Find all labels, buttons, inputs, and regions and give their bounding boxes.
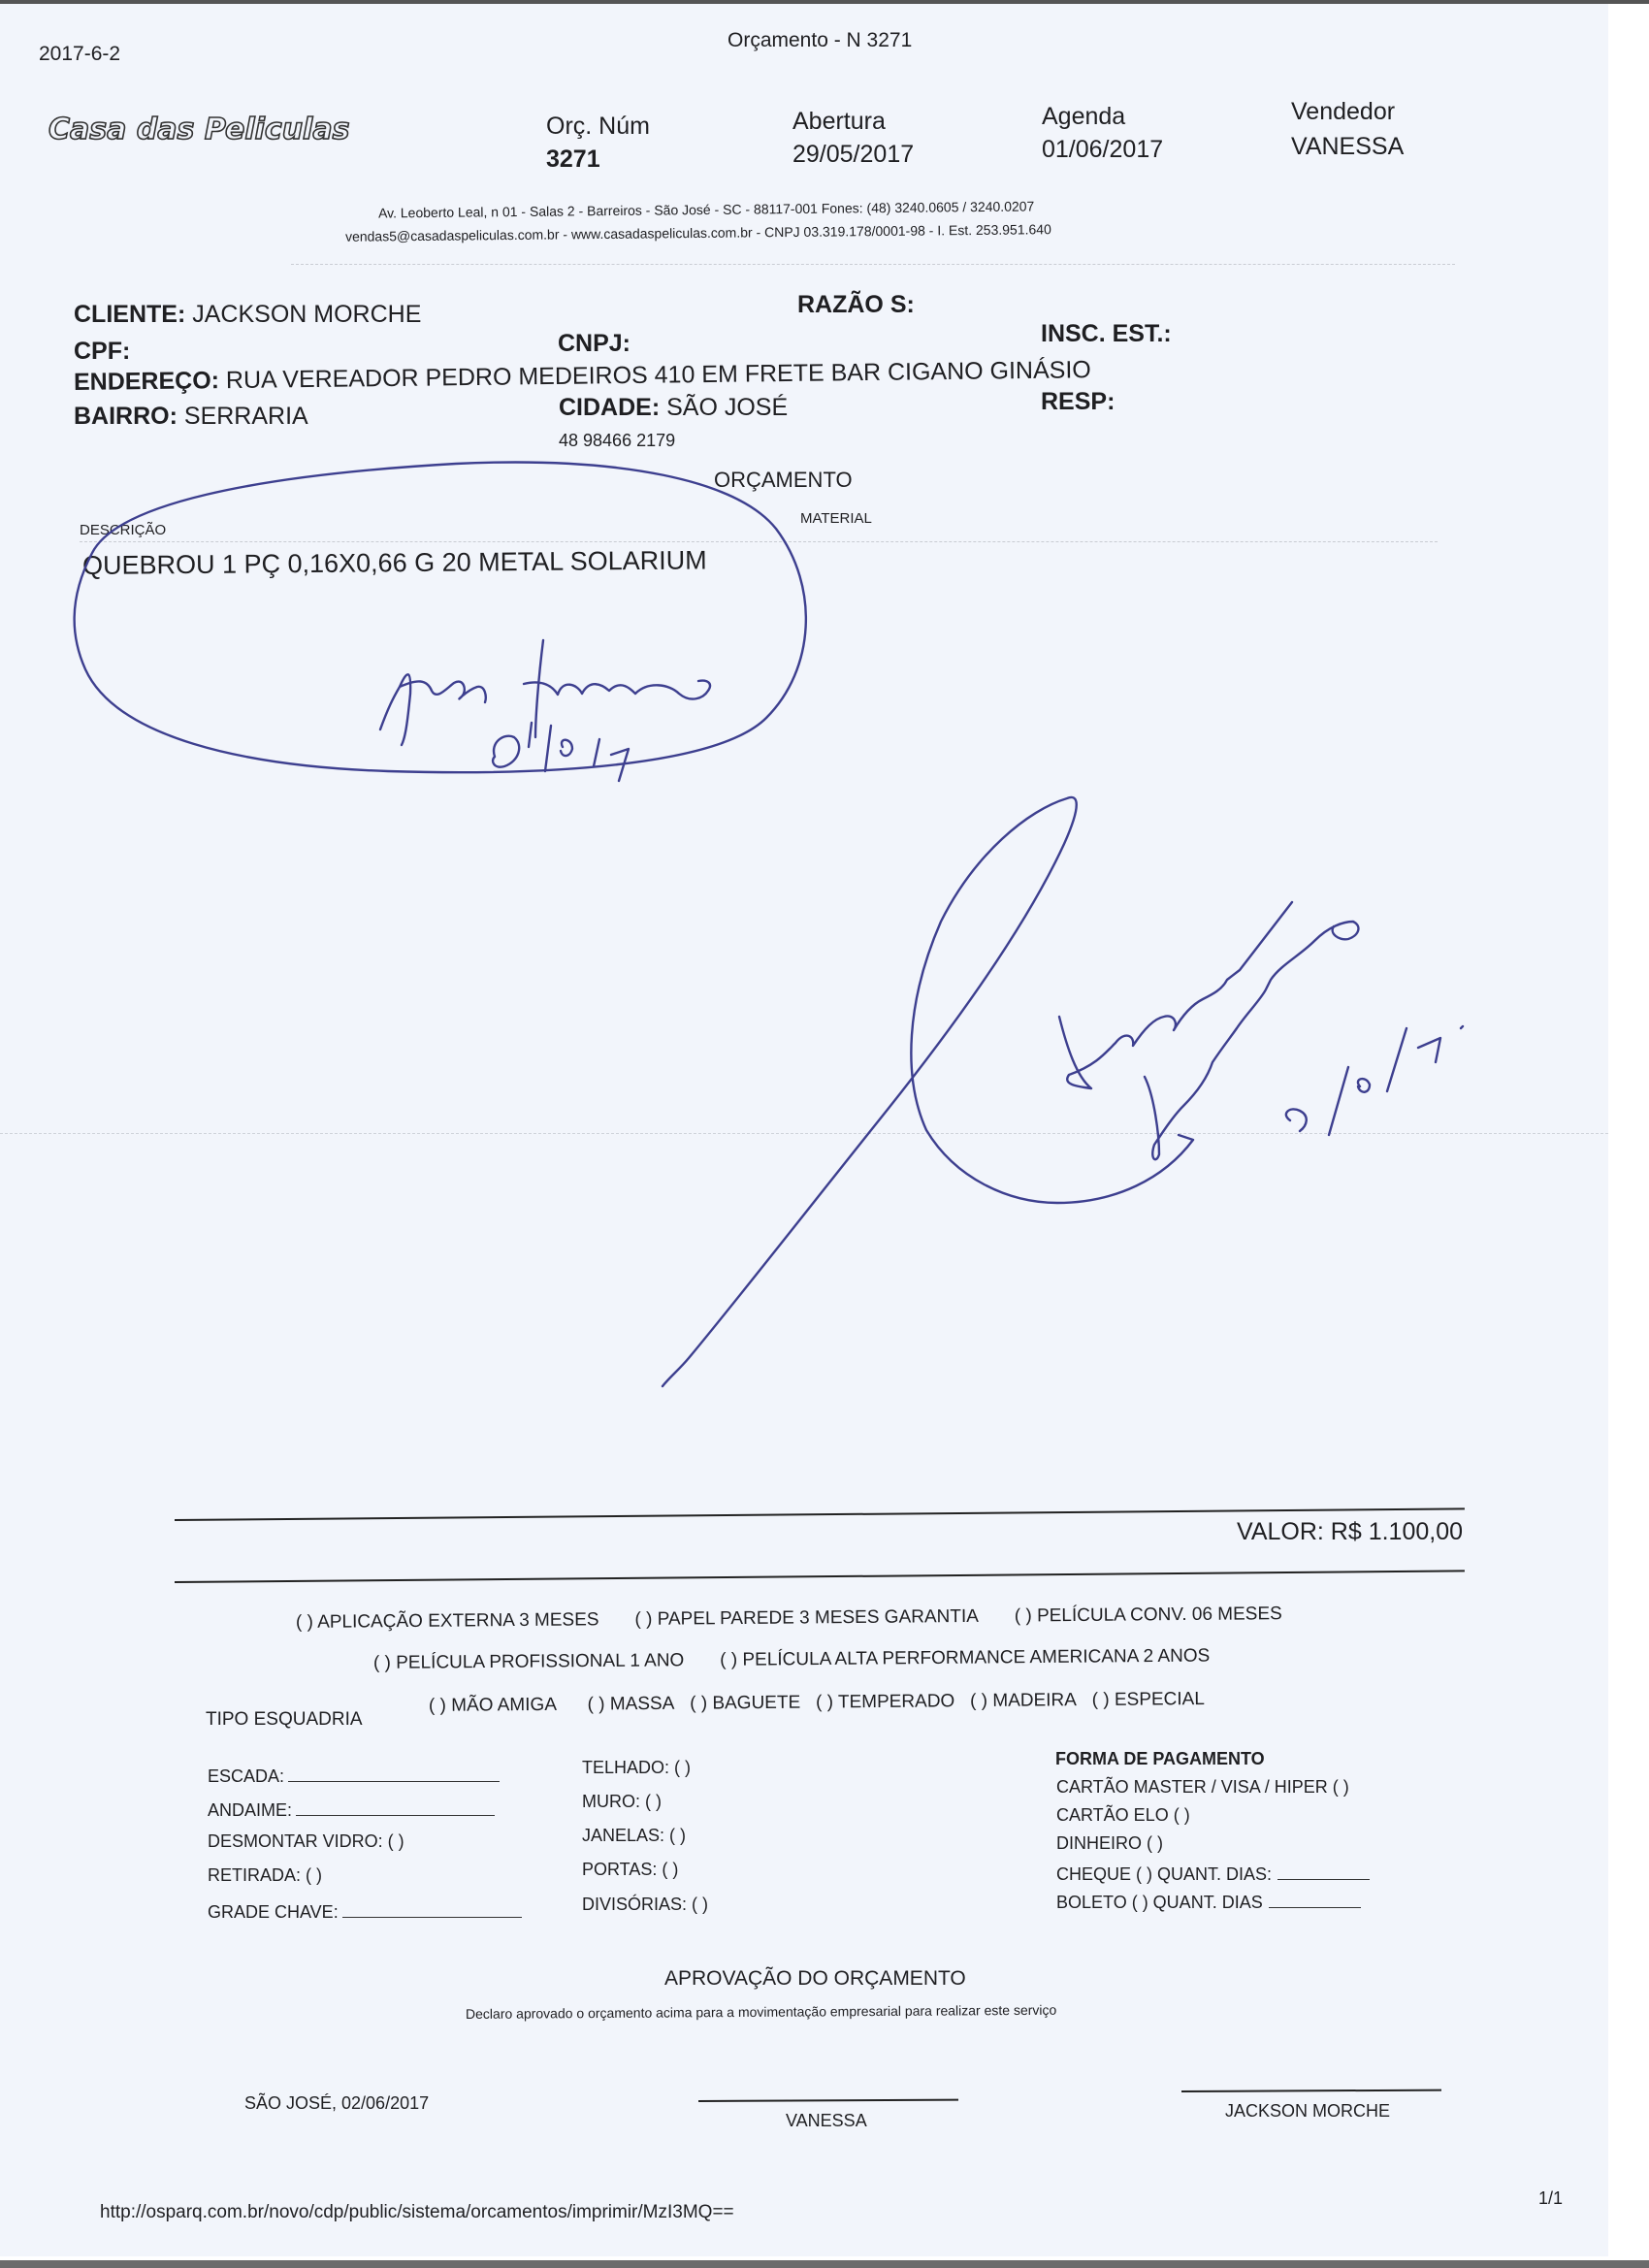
orc-num-value: 3271 [546,146,600,174]
agenda-value: 01/06/2017 [1042,136,1163,164]
quant-dias-field[interactable] [1269,1890,1361,1908]
cidade-value: SÃO JOSÉ [666,394,788,421]
insc-est-label: INSC. EST.: [1041,320,1172,348]
service-papel-parede[interactable]: ( ) PAPEL PAREDE 3 MESES GARANTIA [634,1606,979,1630]
service-pelicula-profissional[interactable]: ( ) PELÍCULA PROFISSIONAL 1 ANO [373,1650,684,1673]
extra-mid-item[interactable]: TELHADO: ( ) [582,1758,691,1778]
approval-place-date: SÃO JOSÉ, 02/06/2017 [244,2093,429,2114]
vendedor-label: Vendedor [1291,98,1395,126]
extra-left-item: ESCADA: [208,1764,500,1787]
extra-left-item: GRADE CHAVE: [208,1899,522,1923]
material-header: MATERIAL [800,510,872,527]
service-pelicula-alta-performance[interactable]: ( ) PELÍCULA ALTA PERFORMANCE AMERICANA … [720,1645,1210,1669]
payment-option[interactable]: CARTÃO MASTER / VISA / HIPER ( ) [1056,1777,1349,1798]
document-title: Orçamento - N 3271 [727,29,912,52]
orc-num-label: Orç. Núm [546,113,650,141]
bairro-value: SERRARIA [184,403,308,430]
payment-title: FORMA DE PAGAMENTO [1055,1749,1265,1769]
budget-table-divider [80,541,1438,542]
cliente-value: JACKSON MORCHE [192,301,421,328]
extra-mid-item[interactable]: PORTAS: ( ) [582,1860,678,1880]
extra-mid-item[interactable]: MURO: ( ) [582,1792,662,1812]
esquadria-madeira[interactable]: ( ) MADEIRA [970,1690,1077,1711]
extra-left-label: DESMONTAR VIDRO: ( ) [208,1831,404,1851]
extra-blank-field[interactable] [296,1798,495,1816]
payment-option-label: CARTÃO MASTER / VISA / HIPER ( ) [1056,1777,1349,1797]
extra-blank-field[interactable] [288,1764,500,1782]
payment-option[interactable]: DINHEIRO ( ) [1056,1833,1163,1854]
descricao-header: DESCRIÇÃO [80,522,166,538]
bairro-field: BAIRRO: SERRARIA [74,403,308,431]
cidade-label: CIDADE: [559,394,660,421]
valor-field: VALOR: R$ 1.100,00 [1237,1518,1463,1546]
payment-option-label: CARTÃO ELO ( ) [1056,1805,1190,1825]
esquadria-mao-amiga[interactable]: ( ) MÃO AMIGA [429,1695,557,1716]
cidade-field: CIDADE: SÃO JOSÉ [559,394,788,422]
vendedor-value: VANESSA [1291,133,1404,161]
cpf-label: CPF: [74,338,130,366]
print-date: 2017-6-2 [39,43,120,66]
esquadria-massa[interactable]: ( ) MASSA [588,1694,675,1715]
valor-label: VALOR: R$ [1237,1518,1362,1545]
bairro-label: BAIRRO: [74,403,178,430]
extra-left-label: ESCADA: [208,1766,284,1786]
extra-left-item: ANDAIME: [208,1798,495,1821]
esquadria-especial[interactable]: ( ) ESPECIAL [1092,1689,1205,1710]
razao-label: RAZÃO S: [797,291,915,319]
endereco-label: ENDEREÇO: [74,367,219,396]
payment-option-label: DINHEIRO ( ) [1056,1833,1163,1853]
resp-label: RESP: [1041,388,1115,416]
footer-page-number: 1/1 [1538,2188,1563,2209]
valor-amount: 1.100,00 [1369,1518,1463,1545]
company-logo: Casa das Peliculas [48,113,349,146]
scan-bottom-edge [0,2260,1649,2268]
header-divider [291,264,1455,265]
extra-mid-item[interactable]: JANELAS: ( ) [582,1826,686,1846]
approval-title: APROVAÇÃO DO ORÇAMENTO [664,1967,966,1991]
quant-dias-field[interactable] [1277,1862,1370,1880]
abertura-value: 29/05/2017 [792,141,914,169]
payment-option-label: CHEQUE ( ) QUANT. DIAS: [1056,1864,1272,1884]
extra-blank-field[interactable] [342,1899,522,1918]
payment-option-label: BOLETO ( ) QUANT. DIAS [1056,1893,1263,1912]
extra-left-item[interactable]: RETIRADA: ( ) [208,1865,322,1886]
esquadria-label: TIPO ESQUADRIA [206,1709,363,1731]
payment-option[interactable]: BOLETO ( ) QUANT. DIAS [1056,1890,1361,1913]
service-pelicula-conv[interactable]: ( ) PELÍCULA CONV. 06 MESES [1015,1604,1282,1626]
extra-left-item[interactable]: DESMONTAR VIDRO: ( ) [208,1831,404,1852]
cliente-label: CLIENTE: [74,301,185,328]
payment-option[interactable]: CARTÃO ELO ( ) [1056,1805,1190,1826]
budget-section-title: ORÇAMENTO [714,468,853,493]
extra-left-label: GRADE CHAVE: [208,1902,339,1922]
esquadria-temperado[interactable]: ( ) TEMPERADO [816,1691,954,1712]
seller-signer-name: VANESSA [786,2111,867,2131]
extra-left-label: ANDAIME: [208,1800,292,1820]
client-phone: 48 98466 2179 [559,431,675,451]
service-aplicacao-externa[interactable]: ( ) APLICAÇÃO EXTERNA 3 MESES [296,1609,599,1633]
client-signer-name: JACKSON MORCHE [1225,2101,1390,2122]
budget-description: QUEBROU 1 PÇ 0,16X0,66 G 20 METAL SOLARI… [82,545,707,581]
cliente-field: CLIENTE: JACKSON MORCHE [74,301,421,329]
esquadria-baguete[interactable]: ( ) BAGUETE [690,1693,800,1714]
abertura-label: Abertura [792,108,886,136]
cnpj-label: CNPJ: [558,330,630,358]
payment-option[interactable]: CHEQUE ( ) QUANT. DIAS: [1056,1862,1370,1885]
footer-url[interactable]: http://osparq.com.br/novo/cdp/public/sis… [100,2202,734,2223]
paper-fold-line [0,1133,1608,1134]
agenda-label: Agenda [1042,103,1125,131]
extra-left-label: RETIRADA: ( ) [208,1865,322,1885]
extra-mid-item[interactable]: DIVISÓRIAS: ( ) [582,1895,708,1915]
